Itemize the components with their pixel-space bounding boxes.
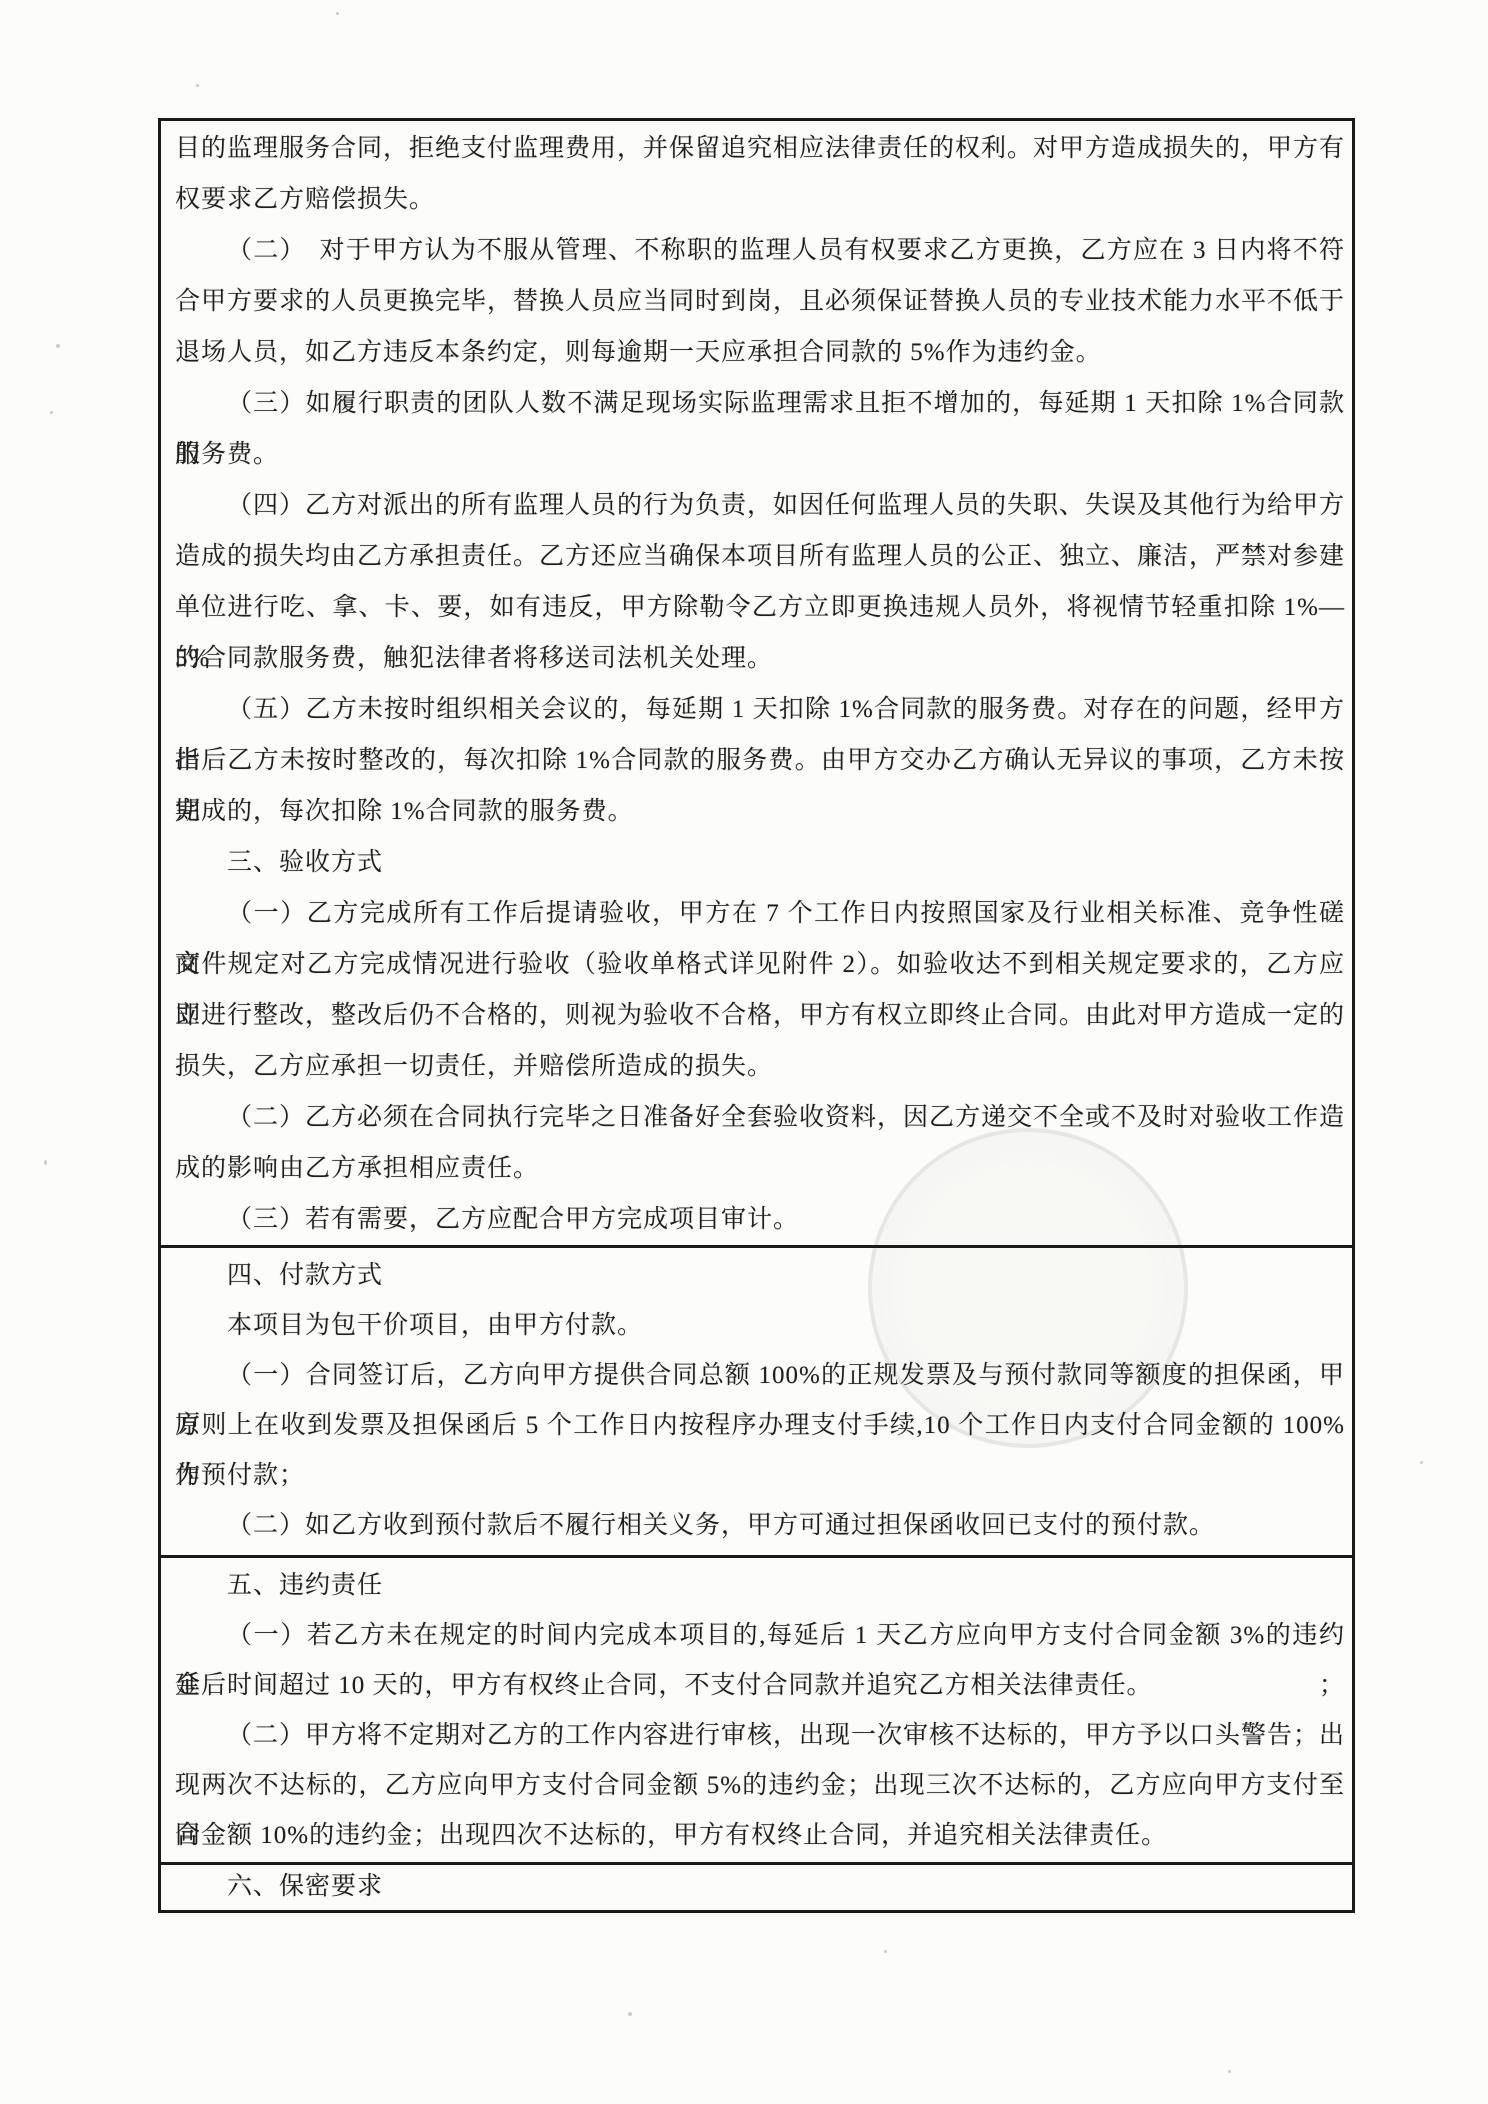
text-line: 即进行整改，整改后仍不合格的，则视为验收不合格，甲方有权立即终止合同。由此对甲方… xyxy=(175,990,1345,1041)
table-row-confidentiality: 六、保密要求 xyxy=(161,1865,1352,1910)
document-page: 目的监理服务合同，拒绝支付监理费用，并保留追究相应法律责任的权利。对甲方造成损失… xyxy=(0,0,1488,2104)
scan-speck xyxy=(1228,2070,1231,2073)
text-line: 服务费。 xyxy=(175,429,1345,480)
text-line: （五）乙方未按时组织相关会议的，每延期 1 天扣除 1%合同款的服务费。对存在的… xyxy=(175,684,1345,735)
scan-speck xyxy=(1420,1461,1423,1464)
scan-speck xyxy=(44,1160,47,1165)
text-line: 成的影响由乙方承担相应责任。 xyxy=(175,1143,1345,1194)
table-row-breach-liability: 五、违约责任（一）若乙方未在规定的时间内完成本项目的,每延后 1 天乙方应向甲方… xyxy=(161,1558,1352,1865)
text-line: （三）如履行职责的团队人数不满足现场实际监理需求且拒不增加的，每延期 1 天扣除… xyxy=(175,378,1345,429)
text-line: 四、付款方式 xyxy=(175,1251,1345,1301)
text-line: 同金额 10%的违约金；出现四次不达标的，甲方有权终止合同，并追究相关法律责任。 xyxy=(175,1811,1345,1861)
text-line: （二）甲方将不定期对乙方的工作内容进行审核，出现一次审核不达标的，甲方予以口头警… xyxy=(175,1711,1345,1761)
text-line: 损失，乙方应承担一切责任，并赔偿所造成的损失。 xyxy=(175,1041,1345,1092)
text-line: 权要求乙方赔偿损失。 xyxy=(175,174,1345,225)
text-line: （一）合同签订后，乙方向甲方提供合同总额 100%的正规发票及与预付款同等额度的… xyxy=(175,1351,1345,1401)
text-line: （一）乙方完成所有工作后提请验收，甲方在 7 个工作日内按照国家及行业相关标准、… xyxy=(175,888,1345,939)
text-line: （二） 对于甲方认为不服从管理、不称职的监理人员有权要求乙方更换，乙方应在 3 … xyxy=(175,225,1345,276)
text-line: 出后乙方未按时整改的，每次扣除 1%合同款的服务费。由甲方交办乙方确认无异议的事… xyxy=(175,735,1345,786)
scan-speck xyxy=(884,1950,887,1953)
text-line: （四）乙方对派出的所有监理人员的行为负责，如因任何监理人员的失职、失误及其他行为… xyxy=(175,480,1345,531)
text-line: 完成的，每次扣除 1%合同款的服务费。 xyxy=(175,786,1345,837)
text-line: 本项目为包干价项目，由甲方付款。 xyxy=(175,1301,1345,1351)
text-line: 文件规定对乙方完成情况进行验收（验收单格式详见附件 2）。如验收达不到相关规定要… xyxy=(175,939,1345,990)
text-line: 原则上在收到发票及担保函后 5 个工作日内按程序办理支付手续,10 个工作日内支… xyxy=(175,1401,1345,1451)
text-line: 退场人员，如乙方违反本条约定，则每逾期一天应承担合同款的 5%作为违约金。 xyxy=(175,327,1345,378)
text-line: 三、验收方式 xyxy=(175,837,1345,888)
text-line: 现两次不达标的，乙方应向甲方支付合同金额 5%的违约金；出现三次不达标的，乙方应… xyxy=(175,1761,1345,1811)
text-line: 单位进行吃、拿、卡、要，如有违反，甲方除勒令乙方立即更换违规人员外，将视情节轻重… xyxy=(175,582,1345,633)
text-line: （二）乙方必须在合同执行完毕之日准备好全套验收资料，因乙方递交不全或不及时对验收… xyxy=(175,1092,1345,1143)
contract-table: 目的监理服务合同，拒绝支付监理费用，并保留追究相应法律责任的权利。对甲方造成损失… xyxy=(158,118,1355,1913)
text-line: 五、违约责任 xyxy=(175,1561,1345,1611)
text-line: 合甲方要求的人员更换完毕，替换人员应当同时到岗，且必须保证替换人员的专业技术能力… xyxy=(175,276,1345,327)
text-line: 为预付款； xyxy=(175,1451,1345,1501)
text-line: （一）若乙方未在规定的时间内完成本项目的,每延后 1 天乙方应向甲方支付合同金额… xyxy=(175,1611,1345,1661)
table-row-payment: 四、付款方式本项目为包干价项目，由甲方付款。（一）合同签订后，乙方向甲方提供合同… xyxy=(161,1248,1352,1558)
text-line: （三）若有需要，乙方应配合甲方完成项目审计。 xyxy=(175,1194,1345,1245)
text-line: 造成的损失均由乙方承担责任。乙方还应当确保本项目所有监理人员的公正、独立、廉洁，… xyxy=(175,531,1345,582)
scan-speck xyxy=(196,84,199,87)
text-line: （二）如乙方收到预付款后不履行相关义务，甲方可通过担保函收回已支付的预付款。 xyxy=(175,1501,1345,1551)
scan-speck xyxy=(336,12,339,15)
text-line: 六、保密要求 xyxy=(175,1865,1345,1909)
table-row-general-terms: 目的监理服务合同，拒绝支付监理费用，并保留追究相应法律责任的权利。对甲方造成损失… xyxy=(161,121,1352,1248)
scan-speck xyxy=(50,411,53,414)
scan-speck xyxy=(628,2012,632,2016)
scan-speck xyxy=(56,344,60,348)
text-line: 目的监理服务合同，拒绝支付监理费用，并保留追究相应法律责任的权利。对甲方造成损失… xyxy=(175,123,1345,174)
text-line: 的合同款服务费，触犯法律者将移送司法机关处理。 xyxy=(175,633,1345,684)
